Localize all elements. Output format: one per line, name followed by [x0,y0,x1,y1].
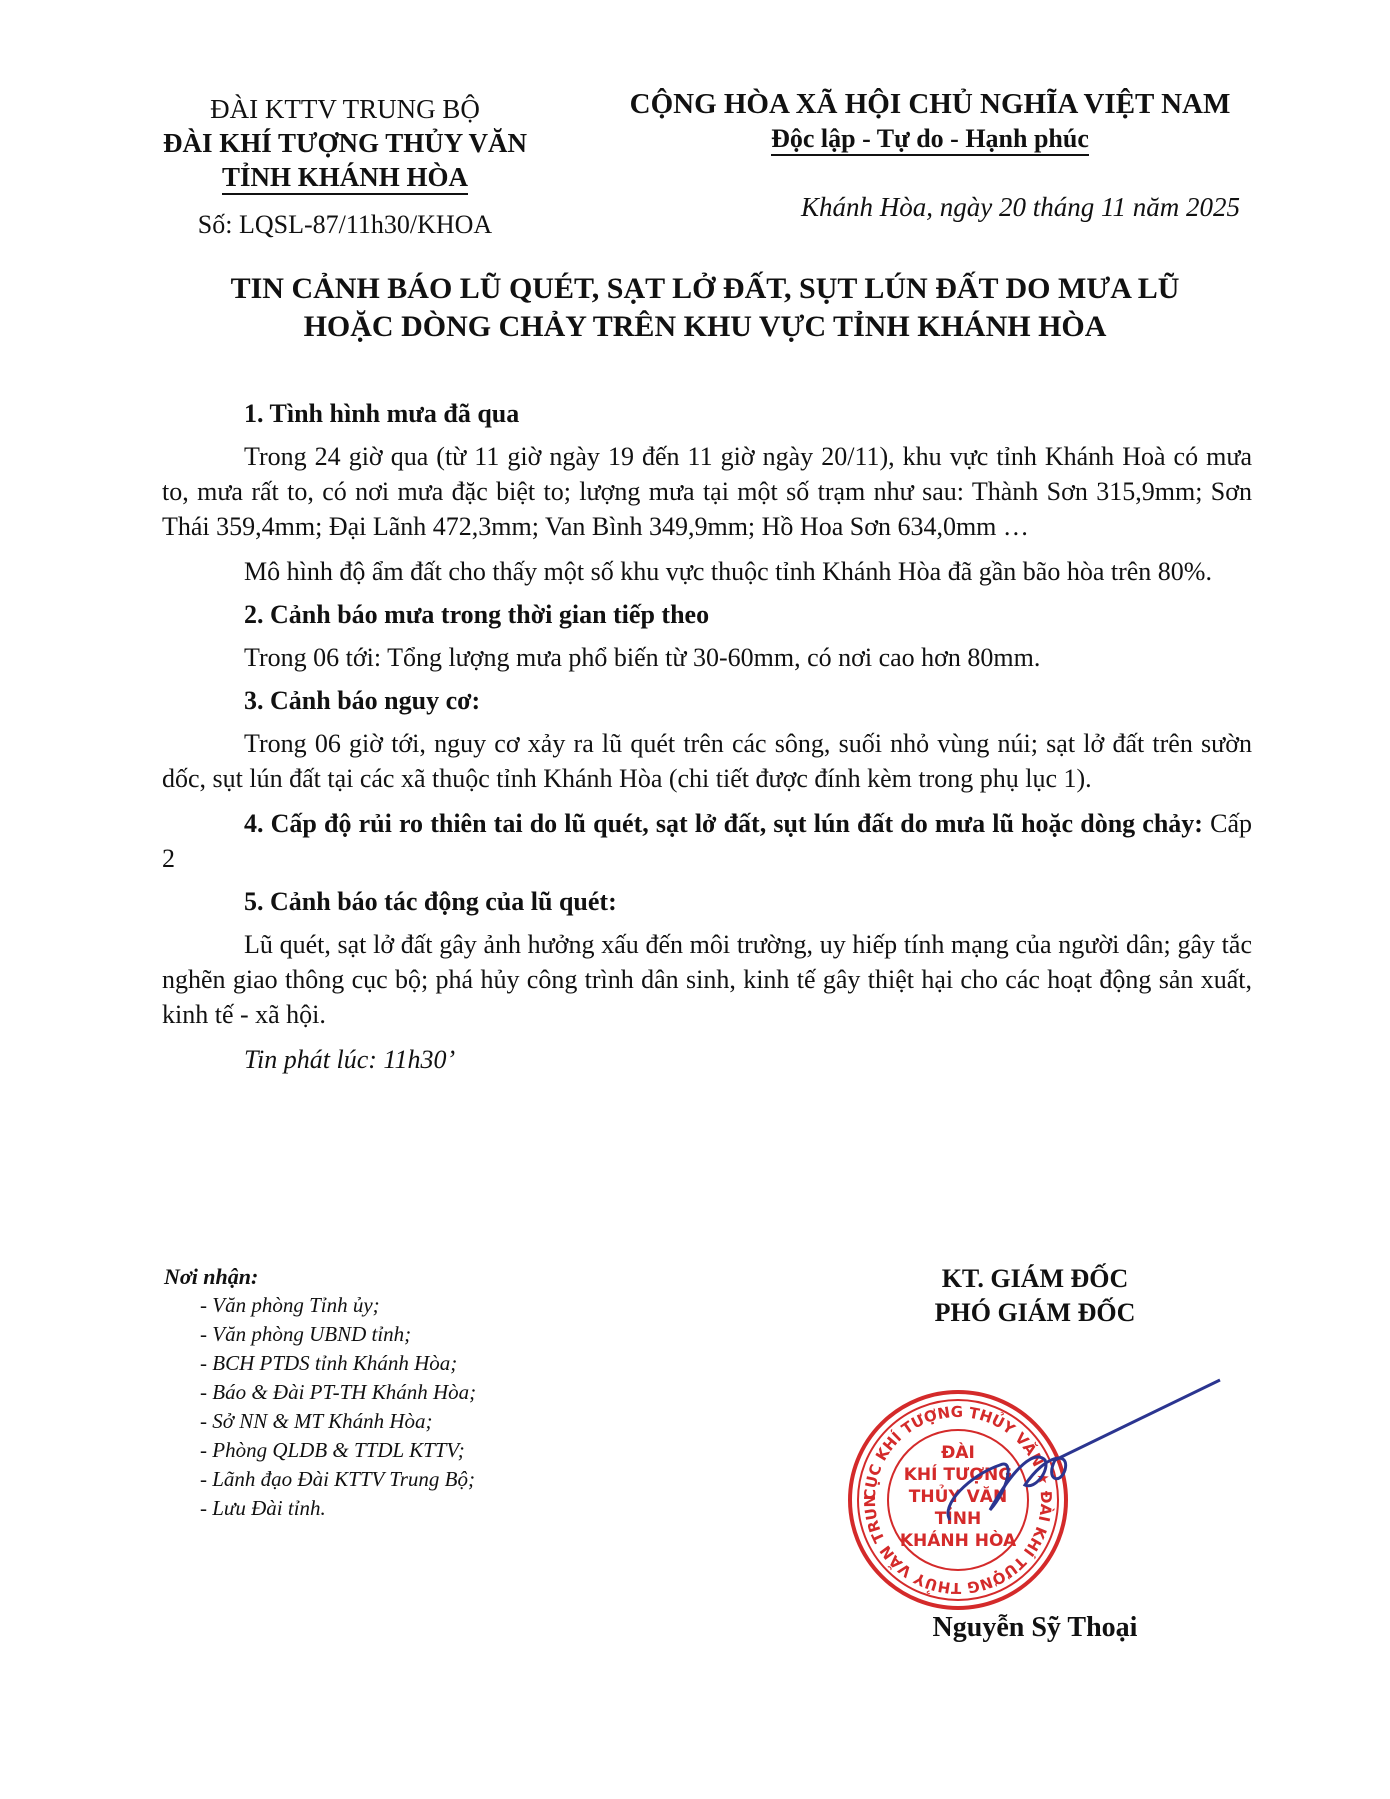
recipients-list: - Văn phòng Tỉnh ủy; - Văn phòng UBND tỉ… [164,1291,614,1523]
agency-parent: ĐÀI KTTV TRUNG BỘ [150,92,540,126]
agency-name-line2: TỈNH KHÁNH HÒA [222,162,468,195]
section-5-impact: Lũ quét, sạt lở đất gây ảnh hưởng xấu đế… [162,927,1252,1032]
section-1-rainfall: Trong 24 giờ qua (từ 11 giờ ngày 19 đến … [162,439,1252,544]
section-1-soil-moisture: Mô hình độ ẩm đất cho thấy một số khu vự… [162,554,1252,589]
signature-block: KT. GIÁM ĐỐC PHÓ GIÁM ĐỐC [850,1262,1220,1330]
section-3-risk: Trong 06 giờ tới, nguy cơ xảy ra lũ quét… [162,726,1252,796]
recipient-item: - Lãnh đạo Đài KTTV Trung Bộ; [200,1465,614,1494]
recipient-item: - BCH PTDS tỉnh Khánh Hòa; [200,1349,614,1378]
signature-line1: KT. GIÁM ĐỐC [850,1262,1220,1296]
recipient-item: - Lưu Đài tỉnh. [200,1494,614,1523]
signer-name: Nguyễn Sỹ Thoại [850,1612,1220,1644]
signature-line2: PHÓ GIÁM ĐỐC [850,1296,1220,1330]
recipient-item: - Báo & Đài PT-TH Khánh Hòa; [200,1378,614,1407]
title-line2: HOẶC DÒNG CHẢY TRÊN KHU VỰC TỈNH KHÁNH H… [160,308,1250,346]
doc-number: Số: LQSL-87/11h30/KHOA [150,208,540,242]
nation-header: CỘNG HÒA XÃ HỘI CHỦ NGHĨA VIỆT NAM Độc l… [600,86,1260,156]
title-line1: TIN CẢNH BÁO LŨ QUÉT, SẠT LỞ ĐẤT, SỤT LÚ… [160,270,1250,308]
svg-text:ĐÀI: ĐÀI [941,1441,975,1463]
official-stamp-icon: CỤC KHÍ TƯỢNG THỦY VĂN ★ ĐÀI KHÍ TƯỢNG T… [840,1370,1240,1610]
document-title: TIN CẢNH BÁO LŨ QUÉT, SẠT LỞ ĐẤT, SỤT LÚ… [160,270,1250,346]
svg-text:KHÁNH HÒA: KHÁNH HÒA [900,1529,1017,1551]
section-1-heading: 1. Tình hình mưa đã qua [162,396,1252,431]
place-date: Khánh Hòa, ngày 20 tháng 11 năm 2025 [700,192,1240,223]
recipients-title: Nơi nhận: [164,1262,614,1291]
section-3-heading: 3. Cảnh báo nguy cơ: [162,683,1252,718]
section-4: 4. Cấp độ rủi ro thiên tai do lũ quét, s… [162,806,1252,876]
recipient-item: - Văn phòng UBND tỉnh; [200,1320,614,1349]
agency-name-line1: ĐÀI KHÍ TƯỢNG THỦY VĂN [150,126,540,160]
agency-header: ĐÀI KTTV TRUNG BỘ ĐÀI KHÍ TƯỢNG THỦY VĂN… [150,92,540,242]
section-2-heading: 2. Cảnh báo mưa trong thời gian tiếp the… [162,597,1252,632]
nation-title: CỘNG HÒA XÃ HỘI CHỦ NGHĨA VIỆT NAM [600,86,1260,122]
issued-time: Tin phát lúc: 11h30’ [162,1042,1252,1077]
section-5-heading: 5. Cảnh báo tác động của lũ quét: [162,884,1252,919]
motto: Độc lập - Tự do - Hạnh phúc [771,124,1089,156]
recipient-item: - Văn phòng Tỉnh ủy; [200,1291,614,1320]
recipient-item: - Sở NN & MT Khánh Hòa; [200,1407,614,1436]
recipient-item: - Phòng QLDB & TTDL KTTV; [200,1436,614,1465]
recipients: Nơi nhận: - Văn phòng Tỉnh ủy; - Văn phò… [164,1262,614,1523]
document-body: 1. Tình hình mưa đã qua Trong 24 giờ qua… [162,388,1252,1077]
section-4-heading: 4. Cấp độ rủi ro thiên tai do lũ quét, s… [244,809,1203,838]
section-2-forecast: Trong 06 tới: Tổng lượng mưa phổ biến từ… [162,640,1252,675]
svg-text:TỈNH: TỈNH [935,1506,981,1529]
